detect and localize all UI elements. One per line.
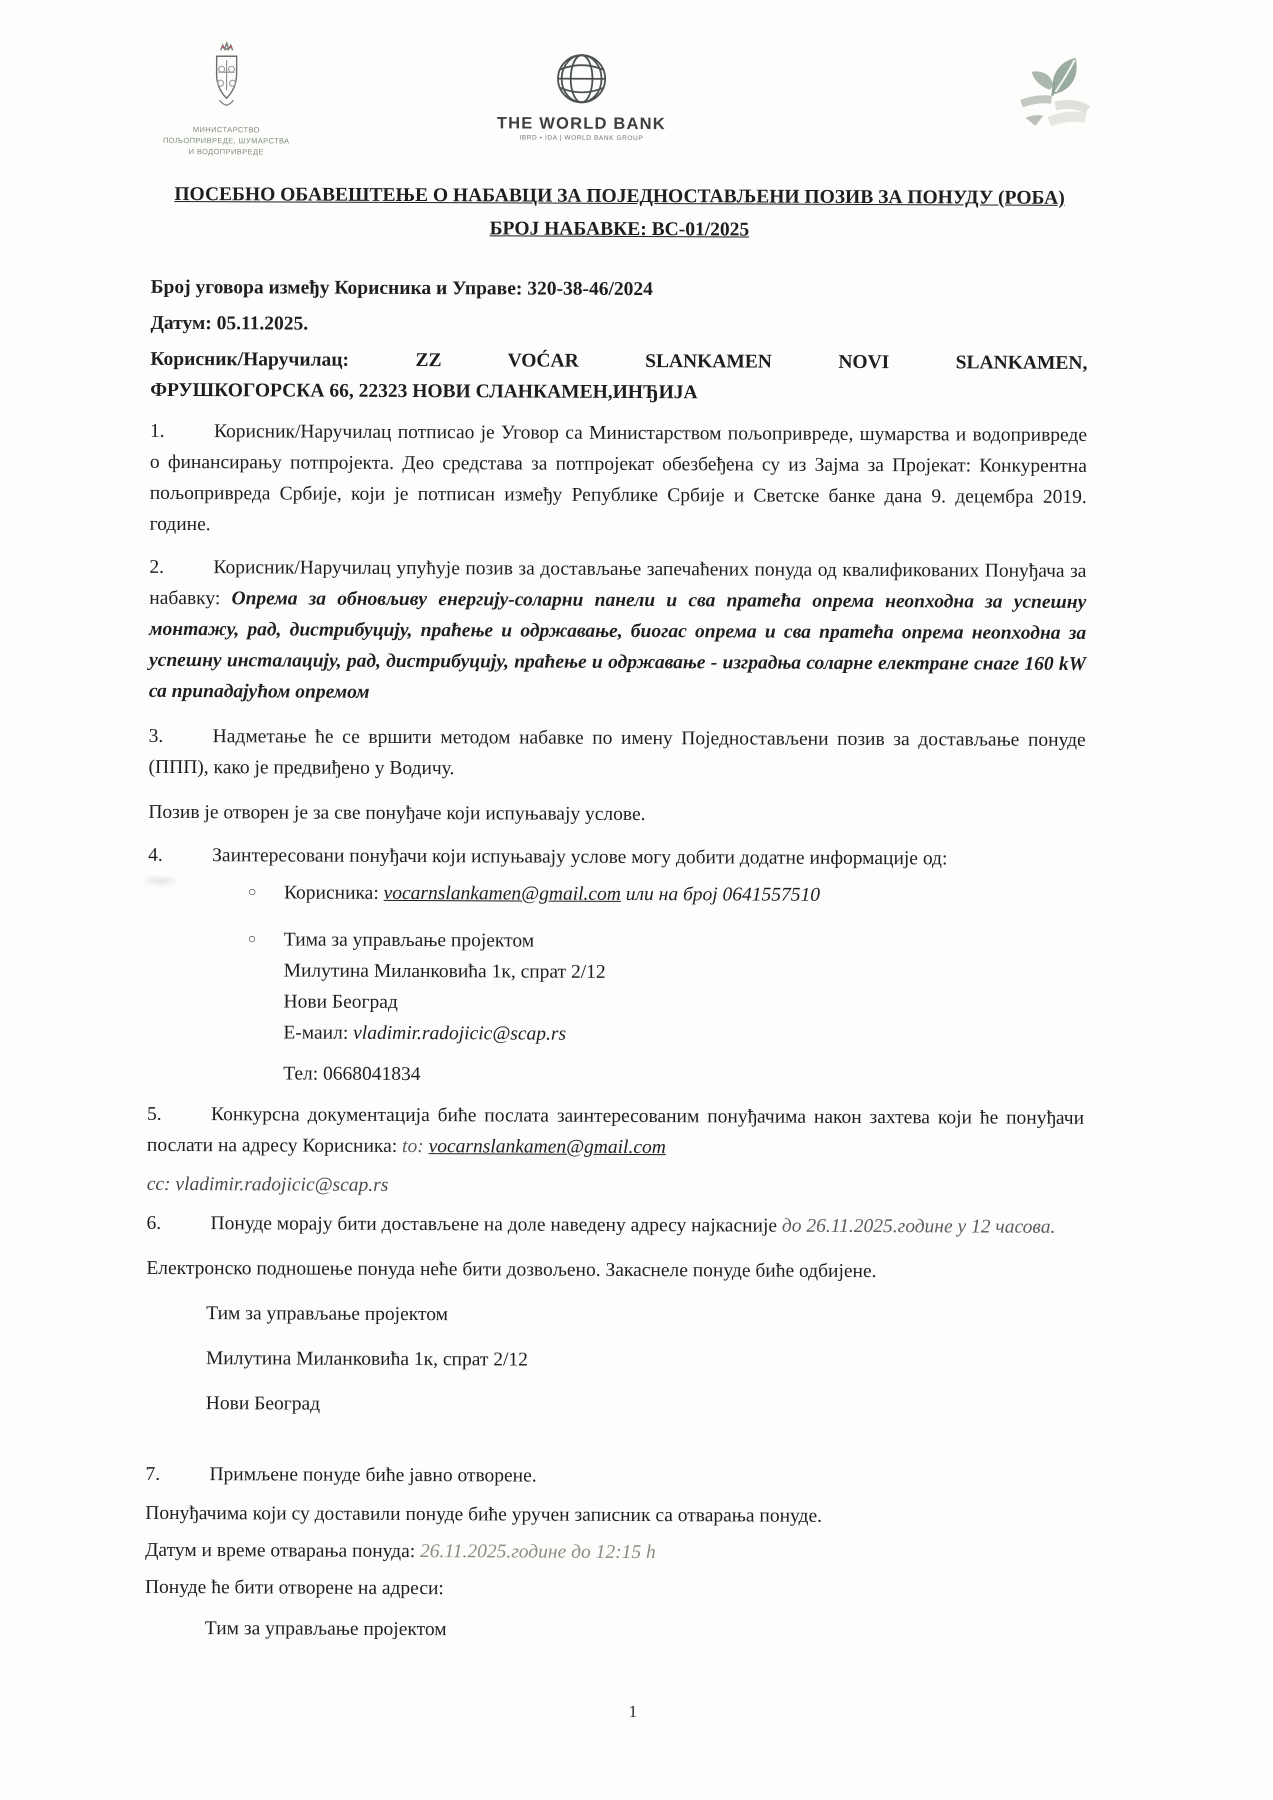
- customer-phone-note: или на број 0641557510: [621, 884, 820, 906]
- customer-block: Корисник/Наручилац: ZZ VOĆAR SLANKAMEN N…: [150, 344, 1087, 410]
- procurement-subject: Опрема за обновљиву енергију-соларни пан…: [149, 588, 1086, 703]
- paragraph-5: 5.Конкурсна документација биће послата з…: [147, 1099, 1084, 1165]
- date-line: Датум: 05.11.2025.: [150, 308, 1087, 343]
- ministry-caption-line1: МИНИСТАРСТВО: [161, 125, 291, 135]
- paragraph-1-text: Корисник/Наручилац потписао је Уговор са…: [150, 421, 1087, 535]
- minutes-line: Понуђачима који су доставили понуде биће…: [145, 1498, 1082, 1533]
- paragraph-1-number: 1.: [150, 416, 214, 447]
- pmt-email-label: Е-маил:: [283, 1022, 353, 1043]
- contact-bullet-pmt: Тима за управљање пројектом Милутина Мил…: [247, 924, 1085, 1093]
- paragraph-3-number: 3.: [149, 721, 213, 752]
- serbia-coat-of-arms-icon: [194, 105, 258, 122]
- pmt-name: Тима за управљање пројектом: [284, 924, 1085, 958]
- opening-datetime-label: Датум и време отварања понуда:: [145, 1540, 420, 1562]
- paragraph-1: 1.Корисник/Наручилац потписао је Уговор …: [150, 416, 1088, 544]
- world-bank-title: THE WORLD BANK: [491, 114, 671, 134]
- customer-line1: Корисник/Наручилац: ZZ VOĆAR SLANKAMEN N…: [150, 344, 1087, 379]
- pmt-email-line: Е-маил: vladimir.radojicic@scap.rs: [283, 1017, 1084, 1051]
- leaf-logo: [1015, 50, 1095, 145]
- paragraph-4-number: 4.: [148, 840, 212, 871]
- submission-address-line3: Нови Београд: [206, 1388, 1083, 1423]
- paragraph-7-number: 7.: [145, 1459, 209, 1490]
- ministry-caption-line3: И ВОДОПРИВРЕДЕ: [161, 147, 291, 157]
- to-label: to:: [402, 1136, 429, 1157]
- no-electronic-line: Електронско подношење понуда неће бити д…: [146, 1253, 1083, 1288]
- opening-datetime-line: Датум и време отварања понуда: 26.11.202…: [145, 1535, 1082, 1570]
- contact-customer-label: Корисника:: [284, 882, 384, 903]
- scanned-content: МИНИСТАРСТВО ПОЉОПРИВРЕДЕ, ШУМАРСТВА И В…: [0, 0, 1273, 1800]
- submission-deadline: до 26.11.2025.године у 12 часова.: [782, 1216, 1056, 1238]
- world-bank-globe-icon: [552, 95, 610, 112]
- page-number: 1: [0, 1699, 1269, 1725]
- customer-name: ZZ VOĆAR SLANKAMEN NOVI SLANKAMEN,: [415, 350, 1087, 374]
- title-line2: БРОЈ НАБАВКЕ: BC-01/2025: [490, 218, 750, 240]
- leaf-logo-icon: [1015, 127, 1091, 144]
- open-call-line: Позив је отворен је за све понуђаче који…: [148, 797, 1085, 832]
- paragraph-4-text: Заинтересовани понуђачи који испуњавају …: [212, 845, 947, 869]
- submission-address-line1: Тим за управљање пројектом: [206, 1298, 1083, 1333]
- paragraph-3-text: Надметање ће се вршити методом набавке п…: [149, 726, 1086, 779]
- paragraph-6: 6.Понуде морају бити достављене на доле …: [147, 1208, 1084, 1243]
- document-body: ПОСЕБНО ОБАВЕШТЕЊЕ О НАБАВЦИ ЗА ПОЈЕДНОС…: [145, 178, 1088, 1648]
- document-title: ПОСЕБНО ОБАВЕШТЕЊЕ О НАБАВЦИ ЗА ПОЈЕДНОС…: [151, 178, 1088, 248]
- contact-bullet-customer: Корисника: vocarnslankamen@gmail.com или…: [248, 877, 1085, 912]
- ministry-logo: МИНИСТАРСТВО ПОЉОПРИВРЕДЕ, ШУМАРСТВА И В…: [161, 40, 292, 157]
- pmt-email: vladimir.radojicic@scap.rs: [353, 1023, 566, 1045]
- paragraph-2: 2.Корисник/Наручилац упућује позив за до…: [149, 552, 1087, 711]
- title-line1: ПОСЕБНО ОБАВЕШТЕЊЕ О НАБАВЦИ ЗА ПОЈЕДНОС…: [174, 184, 1064, 209]
- pmt-phone: Тел: 0668041834: [283, 1058, 1084, 1092]
- opening-datetime-value: 26.11.2025.године до 12:15 h: [420, 1541, 656, 1563]
- paragraph-7: 7.Примљене понуде биће јавно отворене.: [145, 1459, 1082, 1494]
- contract-number-line: Број уговора између Корисника и Управе: …: [151, 272, 1088, 307]
- pmt-city: Нови Београд: [283, 986, 1084, 1020]
- opening-address-value: Тим за управљање пројектом: [205, 1613, 1082, 1648]
- submission-address-line2: Милутина Миланковића 1к, спрат 2/12: [206, 1343, 1083, 1378]
- request-email: vocarnslankamen@gmail.com: [429, 1136, 666, 1158]
- opening-address-label: Понуде ће бити отворене на адреси:: [145, 1572, 1082, 1607]
- pmt-street: Милутина Миланковића 1к, спрат 2/12: [284, 955, 1085, 989]
- paragraph-3: 3.Надметање ће се вршити методом набавке…: [149, 721, 1086, 787]
- world-bank-logo: THE WORLD BANK IBRD • IDA | WORLD BANK G…: [491, 49, 671, 142]
- customer-email: vocarnslankamen@gmail.com: [384, 883, 621, 905]
- world-bank-subtitle: IBRD • IDA | WORLD BANK GROUP: [491, 134, 671, 142]
- paragraph-6-text: Понуде морају бити достављене на доле на…: [211, 1213, 782, 1236]
- paragraph-2-number: 2.: [149, 552, 213, 583]
- paragraph-5-number: 5.: [147, 1099, 211, 1130]
- paragraph-4: 4.Заинтересовани понуђачи који испуњавај…: [148, 840, 1085, 875]
- paragraph-7-text: Примљене понуде биће јавно отворене.: [209, 1464, 536, 1486]
- document-page: МИНИСТАРСТВО ПОЉОПРИВРЕДЕ, ШУМАРСТВА И В…: [0, 0, 1273, 1800]
- paragraph-6-number: 6.: [147, 1208, 211, 1239]
- ministry-caption-line2: ПОЉОПРИВРЕДЕ, ШУМАРСТВА: [161, 136, 291, 146]
- cc-line: cc: vladimir.radojicic@scap.rs: [147, 1169, 1084, 1204]
- customer-address: ФРУШКОГОРСКА 66, 22323 НОВИ СЛАНКАМЕН,ИН…: [150, 375, 1087, 410]
- customer-label: Корисник/Наручилац:: [150, 349, 349, 371]
